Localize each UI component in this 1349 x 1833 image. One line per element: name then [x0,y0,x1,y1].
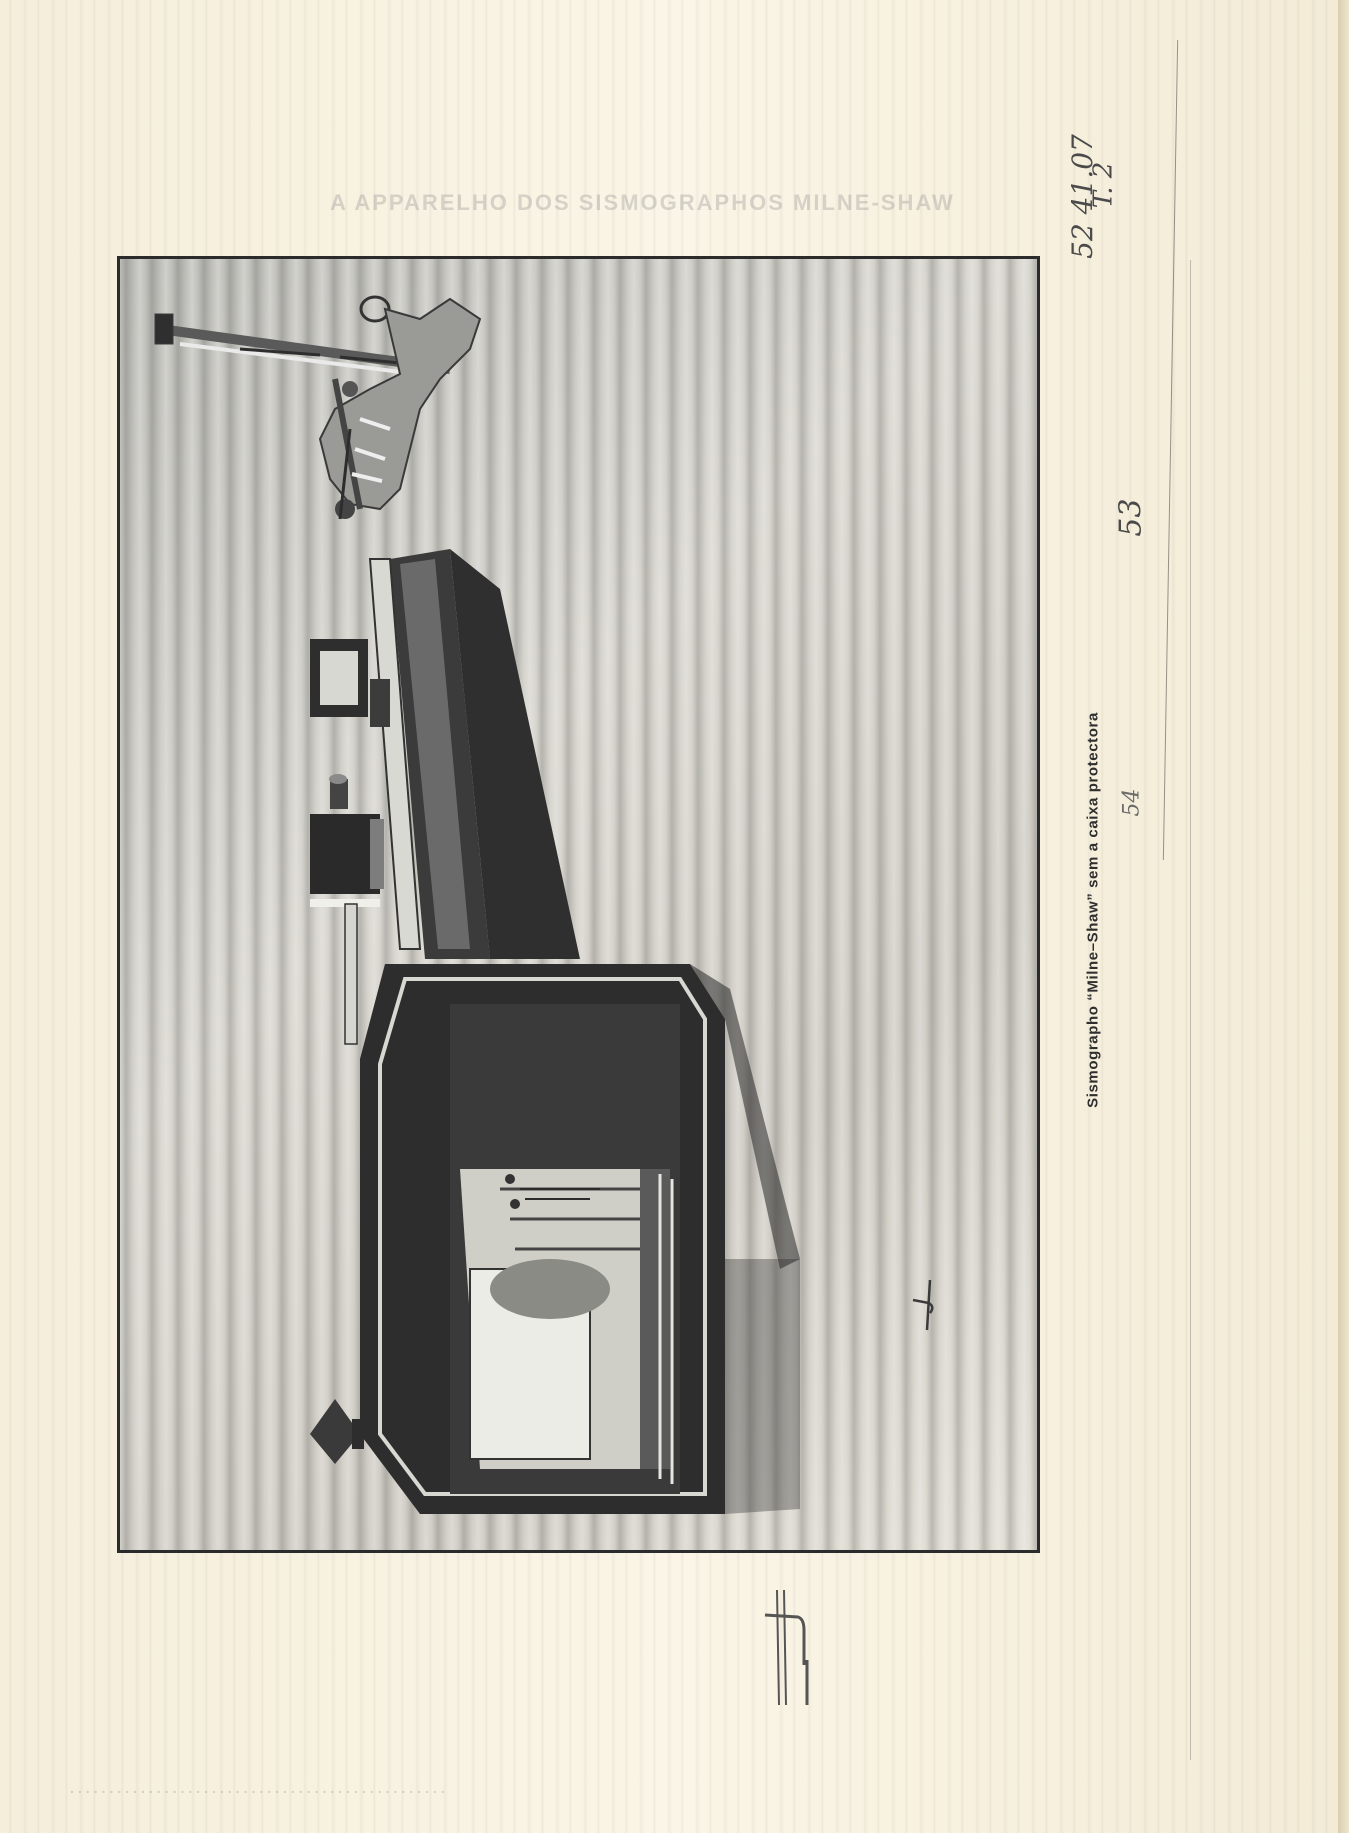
recorder-case [360,964,725,1514]
seismograph-photo [117,256,1040,1553]
page-edge [1338,0,1349,1833]
pencil-mark-icon [760,1585,820,1705]
bleed-through-line: ........................................… [70,1780,449,1796]
lamp-housing [310,774,384,1044]
handwritten-note: 52 41.07 [1066,134,1099,259]
seismograph-illustration [120,259,1037,1550]
pencil-mark-in-figure-icon [905,1275,945,1335]
leveling-foot [310,1399,364,1464]
base-rail [370,549,580,959]
handwritten-note: 54 [1120,789,1145,817]
pendulum-mechanism [320,297,480,519]
pencil-margin-line [1163,40,1178,860]
scanned-page: A APPARELHO DOS SISMOGRAPHOS MILNE-SHAW … [0,0,1349,1833]
shadow-lower [725,1259,800,1514]
figure-caption: Sismographo “Milne–Shaw” sem a caixa pro… [1085,712,1102,1108]
handwritten-note: 53 [1114,498,1149,536]
bleed-through-rule [1190,260,1191,1760]
bleed-through-heading: A APPARELHO DOS SISMOGRAPHOS MILNE-SHAW [330,190,955,216]
